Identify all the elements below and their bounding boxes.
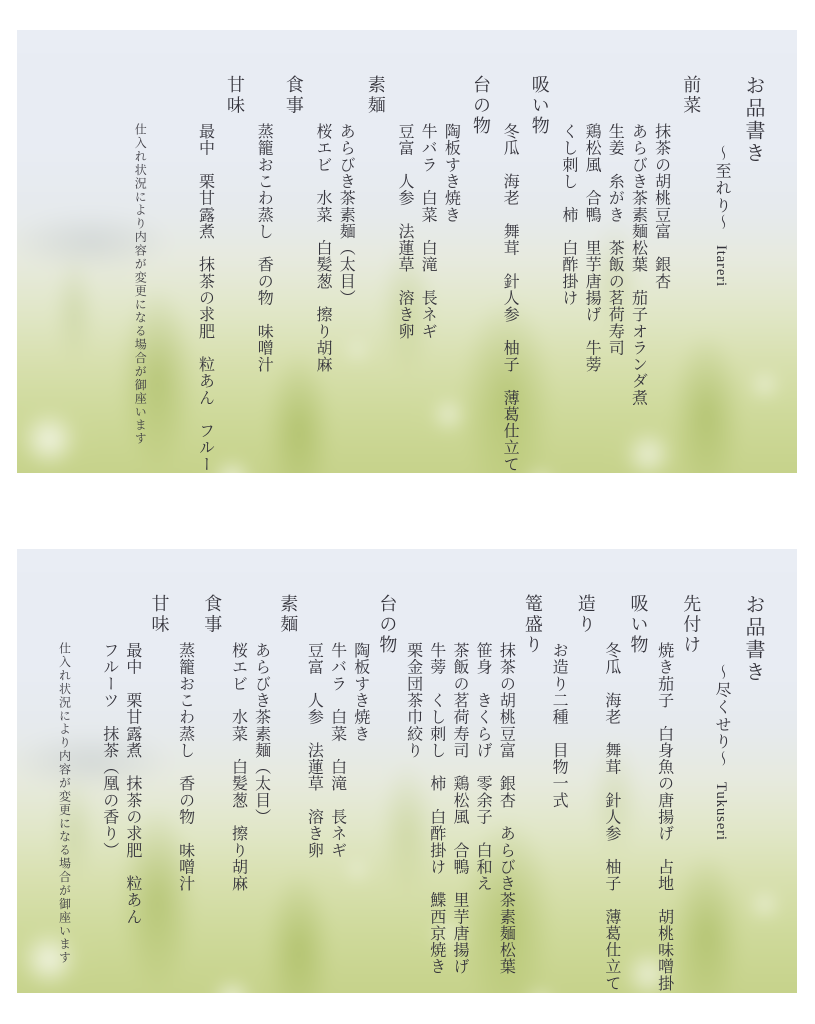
menu-item: 最中 栗甘露煮 抹茶の求肥 粒あん フルーツ [193, 75, 216, 459]
menu-title: お品書き [741, 75, 765, 459]
menu-item: あらびき茶素麺（太目） [249, 594, 272, 979]
menu-item: 冬瓜 海老 舞茸 針人参 柚子 薄葛仕立て [498, 75, 521, 459]
menu-item: 冬瓜 海老 舞茸 針人参 柚子 薄葛仕立て [600, 594, 623, 979]
menu-card-itareri: お品書き〜至れり〜Itareri前菜抹茶の胡桃豆富 銀杏あらびき茶素麺松葉 茄子… [17, 30, 797, 473]
menu-item: あらびき茶素麺（太目） [334, 75, 357, 459]
menu-item: 抹茶の胡桃豆富 銀杏 [649, 75, 672, 459]
section-heading: 台の物 [469, 75, 491, 459]
section-heading: 甘味 [223, 75, 245, 459]
menu-item: お造り二種 目物一式 [547, 594, 570, 979]
section-heading: 素麺 [277, 594, 299, 979]
menu-item: 牛蒡 くし刺し 柿 白酢掛け 鰈西京焼き [425, 594, 448, 979]
menu-item: 牛バラ 白菜 白滝 長ネギ [416, 75, 439, 459]
menu-subtitle: 〜至れり〜Itareri [709, 75, 733, 459]
section-heading: 篭盛り [521, 594, 543, 979]
section-heading: 食事 [282, 75, 304, 459]
subtitle-japanese: 〜至れり〜 [713, 145, 730, 231]
menu-item: フルーツ 抹茶（凰の香り） [98, 594, 121, 979]
menu-item: 鶏松風 合鴨 里芋唐揚げ 牛蒡 [580, 75, 603, 459]
subtitle-japanese: 〜尽くせり〜 [713, 664, 730, 768]
menu-item: 生姜 糸がき 茶飯の茗荷寿司 [603, 75, 626, 459]
section-heading: 造り [574, 594, 596, 979]
subtitle-romaji: Tukuseri [713, 782, 729, 841]
menu-subtitle: 〜尽くせり〜Tukuseri [709, 594, 733, 979]
menu-item: 最中 栗甘露煮 抹茶の求肥 粒あん [121, 594, 144, 979]
menu-item: 陶板すき焼き [349, 594, 372, 979]
menu-item: 豆富 人参 法蓮草 溶き卵 [302, 594, 325, 979]
menu-item: 焼き茄子 白身魚の唐揚げ 占地 胡桃味噌掛け [652, 594, 675, 979]
section-heading: 吸い物 [528, 75, 550, 459]
menu-item: 豆富 人参 法蓮草 溶き卵 [393, 75, 416, 459]
section-heading: 台の物 [376, 594, 398, 979]
menu-title: お品書き [741, 594, 765, 979]
menu-item: 陶板すき焼き [439, 75, 462, 459]
menu-item: くし刺し 柿 白酢掛け [557, 75, 580, 459]
section-heading: 素麺 [364, 75, 386, 459]
section-heading: 先付け [680, 594, 702, 979]
menu-item: 茶飯の茗荷寿司 鶏松風 合鴨 里芋唐揚げ [448, 594, 471, 979]
menu-flow: お品書き〜尽くせり〜Tukuseri先付け焼き茄子 白身魚の唐揚げ 占地 胡桃味… [17, 549, 797, 993]
menu-item: 抹茶の胡桃豆富 銀杏 あらびき茶素麺松葉 [494, 594, 517, 979]
availability-note: 仕入れ状況により内容が変更になる場合が御座います [131, 75, 149, 459]
menu-item: 桜エビ 水菜 白髪葱 擦り胡麻 [311, 75, 334, 459]
section-heading: 前菜 [680, 75, 702, 459]
menu-item: 笹身 きくらげ 零余子 白和え [471, 594, 494, 979]
section-heading: 吸い物 [627, 594, 649, 979]
menu-flow: お品書き〜至れり〜Itareri前菜抹茶の胡桃豆富 銀杏あらびき茶素麺松葉 茄子… [17, 30, 797, 473]
section-heading: 甘味 [148, 594, 170, 979]
menu-item: 栗金団茶巾絞り [401, 594, 424, 979]
section-heading: 食事 [201, 594, 223, 979]
menu-item: 蒸籠おこわ蒸し 香の物 味噌汁 [173, 594, 196, 979]
subtitle-romaji: Itareri [713, 245, 729, 287]
menu-item: 牛バラ 白菜 白滝 長ネギ [325, 594, 348, 979]
menu-item: あらびき茶素麺松葉 茄子オランダ煮 [626, 75, 649, 459]
menu-card-tukuseri: お品書き〜尽くせり〜Tukuseri先付け焼き茄子 白身魚の唐揚げ 占地 胡桃味… [17, 549, 797, 993]
menu-item: 蒸籠おこわ蒸し 香の物 味噌汁 [252, 75, 275, 459]
availability-note: 仕入れ状況により内容が変更になる場合が御座います [56, 594, 74, 979]
menu-item: 桜エビ 水菜 白髪葱 擦り胡麻 [226, 594, 249, 979]
